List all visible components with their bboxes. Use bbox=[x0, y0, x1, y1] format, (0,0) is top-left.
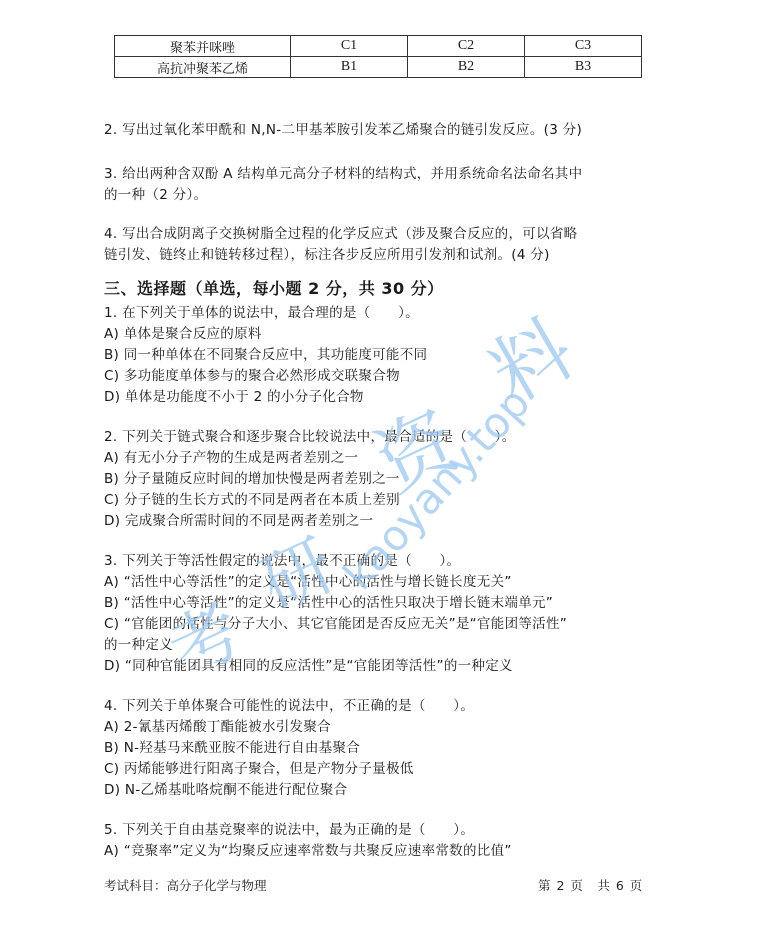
mc-option: B) 分子量随反应时间的增加快慢是两者差别之一 bbox=[104, 470, 400, 488]
mc-option: D) N-乙烯基吡咯烷酮不能进行配位聚合 bbox=[104, 781, 347, 799]
table-cell: C1 bbox=[291, 36, 408, 57]
footer-page-number: 第 2 页 共 6 页 bbox=[538, 876, 643, 894]
mc-option: A) 有无小分子产物的生成是两者差别之一 bbox=[104, 449, 358, 467]
mc-question-1: 1. 在下列关于单体的说法中，最合理的是（ ）。 bbox=[104, 304, 419, 322]
mc-option: C) “官能团的活性与分子大小、其它官能团是否反应无关”是“官能团等活性” bbox=[104, 615, 567, 633]
mc-question-2: 2. 下列关于链式聚合和逐步聚合比较说法中，最合适的是（ ）。 bbox=[104, 428, 516, 446]
mc-option: A) “活性中心等活性”的定义是“活性中心的活性与增长链长度无关” bbox=[104, 573, 512, 591]
table-cell: 聚苯并咪唑 bbox=[115, 36, 291, 57]
table-cell: B1 bbox=[291, 57, 408, 78]
mc-option: A) 2-氰基丙烯酸丁酯能被水引发聚合 bbox=[104, 718, 331, 736]
exam-page: 聚苯并咪唑 C1 C2 C3 高抗冲聚苯乙烯 B1 B2 B3 2. 写出过氧化… bbox=[0, 0, 760, 928]
mc-option: B) N-羟基马来酰亚胺不能进行自由基聚合 bbox=[104, 739, 360, 757]
section-title: 三、选择题（单选，每小题 2 分，共 30 分） bbox=[104, 276, 444, 299]
mc-question-3: 3. 下列关于等活性假定的说法中，最不正确的是（ ）。 bbox=[104, 552, 460, 570]
mc-question-5: 5. 下列关于自由基竞聚率的说法中，最为正确的是（ ）。 bbox=[104, 821, 474, 839]
mc-question-4: 4. 下列关于单体聚合可能性的说法中，不正确的是（ ）。 bbox=[104, 697, 474, 715]
mc-option: A) “竞聚率”定义为“均聚反应速率常数与共聚反应速率常数的比值” bbox=[104, 842, 512, 860]
question-4-line-1: 4. 写出合成阴离子交换树脂全过程的化学反应式（涉及聚合反应的，可以省略 bbox=[104, 225, 577, 243]
mc-option: C) 分子链的生长方式的不同是两者在本质上差别 bbox=[104, 491, 400, 509]
footer-subject: 考试科目：高分子化学与物理 bbox=[104, 876, 267, 894]
table-row: 聚苯并咪唑 C1 C2 C3 bbox=[115, 36, 642, 57]
mc-option: D) 完成聚合所需时间的不同是两者差别之一 bbox=[104, 512, 373, 530]
mc-option: A) 单体是聚合反应的原料 bbox=[104, 325, 262, 343]
table-cell: C2 bbox=[408, 36, 525, 57]
table-cell: B3 bbox=[525, 57, 642, 78]
watermark-char: 料 bbox=[467, 288, 591, 424]
mc-option: D) “同种官能团具有相同的反应活性”是“官能团等活性”的一种定义 bbox=[104, 657, 513, 675]
question-3-line-2: 的一种（2 分）。 bbox=[104, 186, 207, 204]
mc-option: B) 同一种单体在不同聚合反应中，其功能度可能不同 bbox=[104, 346, 427, 364]
mc-option: D) 单体是功能度不小于 2 的小分子化合物 bbox=[104, 388, 364, 406]
table-cell: C3 bbox=[525, 36, 642, 57]
question-3-line-1: 3. 给出两种含双酚 A 结构单元高分子材料的结构式，并用系统命名法命名其中 bbox=[104, 165, 582, 183]
table-cell: 高抗冲聚苯乙烯 bbox=[115, 57, 291, 78]
mc-option: B) “活性中心等活性”的定义是“活性中心的活性只取决于增长链末端单元” bbox=[104, 594, 553, 612]
table-row: 高抗冲聚苯乙烯 B1 B2 B3 bbox=[115, 57, 642, 78]
question-4-line-2: 链引发、链终止和链转移过程），标注各步反应所用引发剂和试剂。(4 分) bbox=[104, 246, 550, 264]
table-cell: B2 bbox=[408, 57, 525, 78]
mc-option: C) 多功能度单体参与的聚合必然形成交联聚合物 bbox=[104, 367, 400, 385]
mc-option-continued: 的一种定义 bbox=[104, 636, 173, 654]
mc-option: C) 丙烯能够进行阳离子聚合，但是产物分子量极低 bbox=[104, 760, 414, 778]
score-table: 聚苯并咪唑 C1 C2 C3 高抗冲聚苯乙烯 B1 B2 B3 bbox=[114, 35, 642, 78]
question-2: 2. 写出过氧化苯甲酰和 N,N-二甲基苯胺引发苯乙烯聚合的链引发反应。(3 分… bbox=[104, 121, 582, 139]
